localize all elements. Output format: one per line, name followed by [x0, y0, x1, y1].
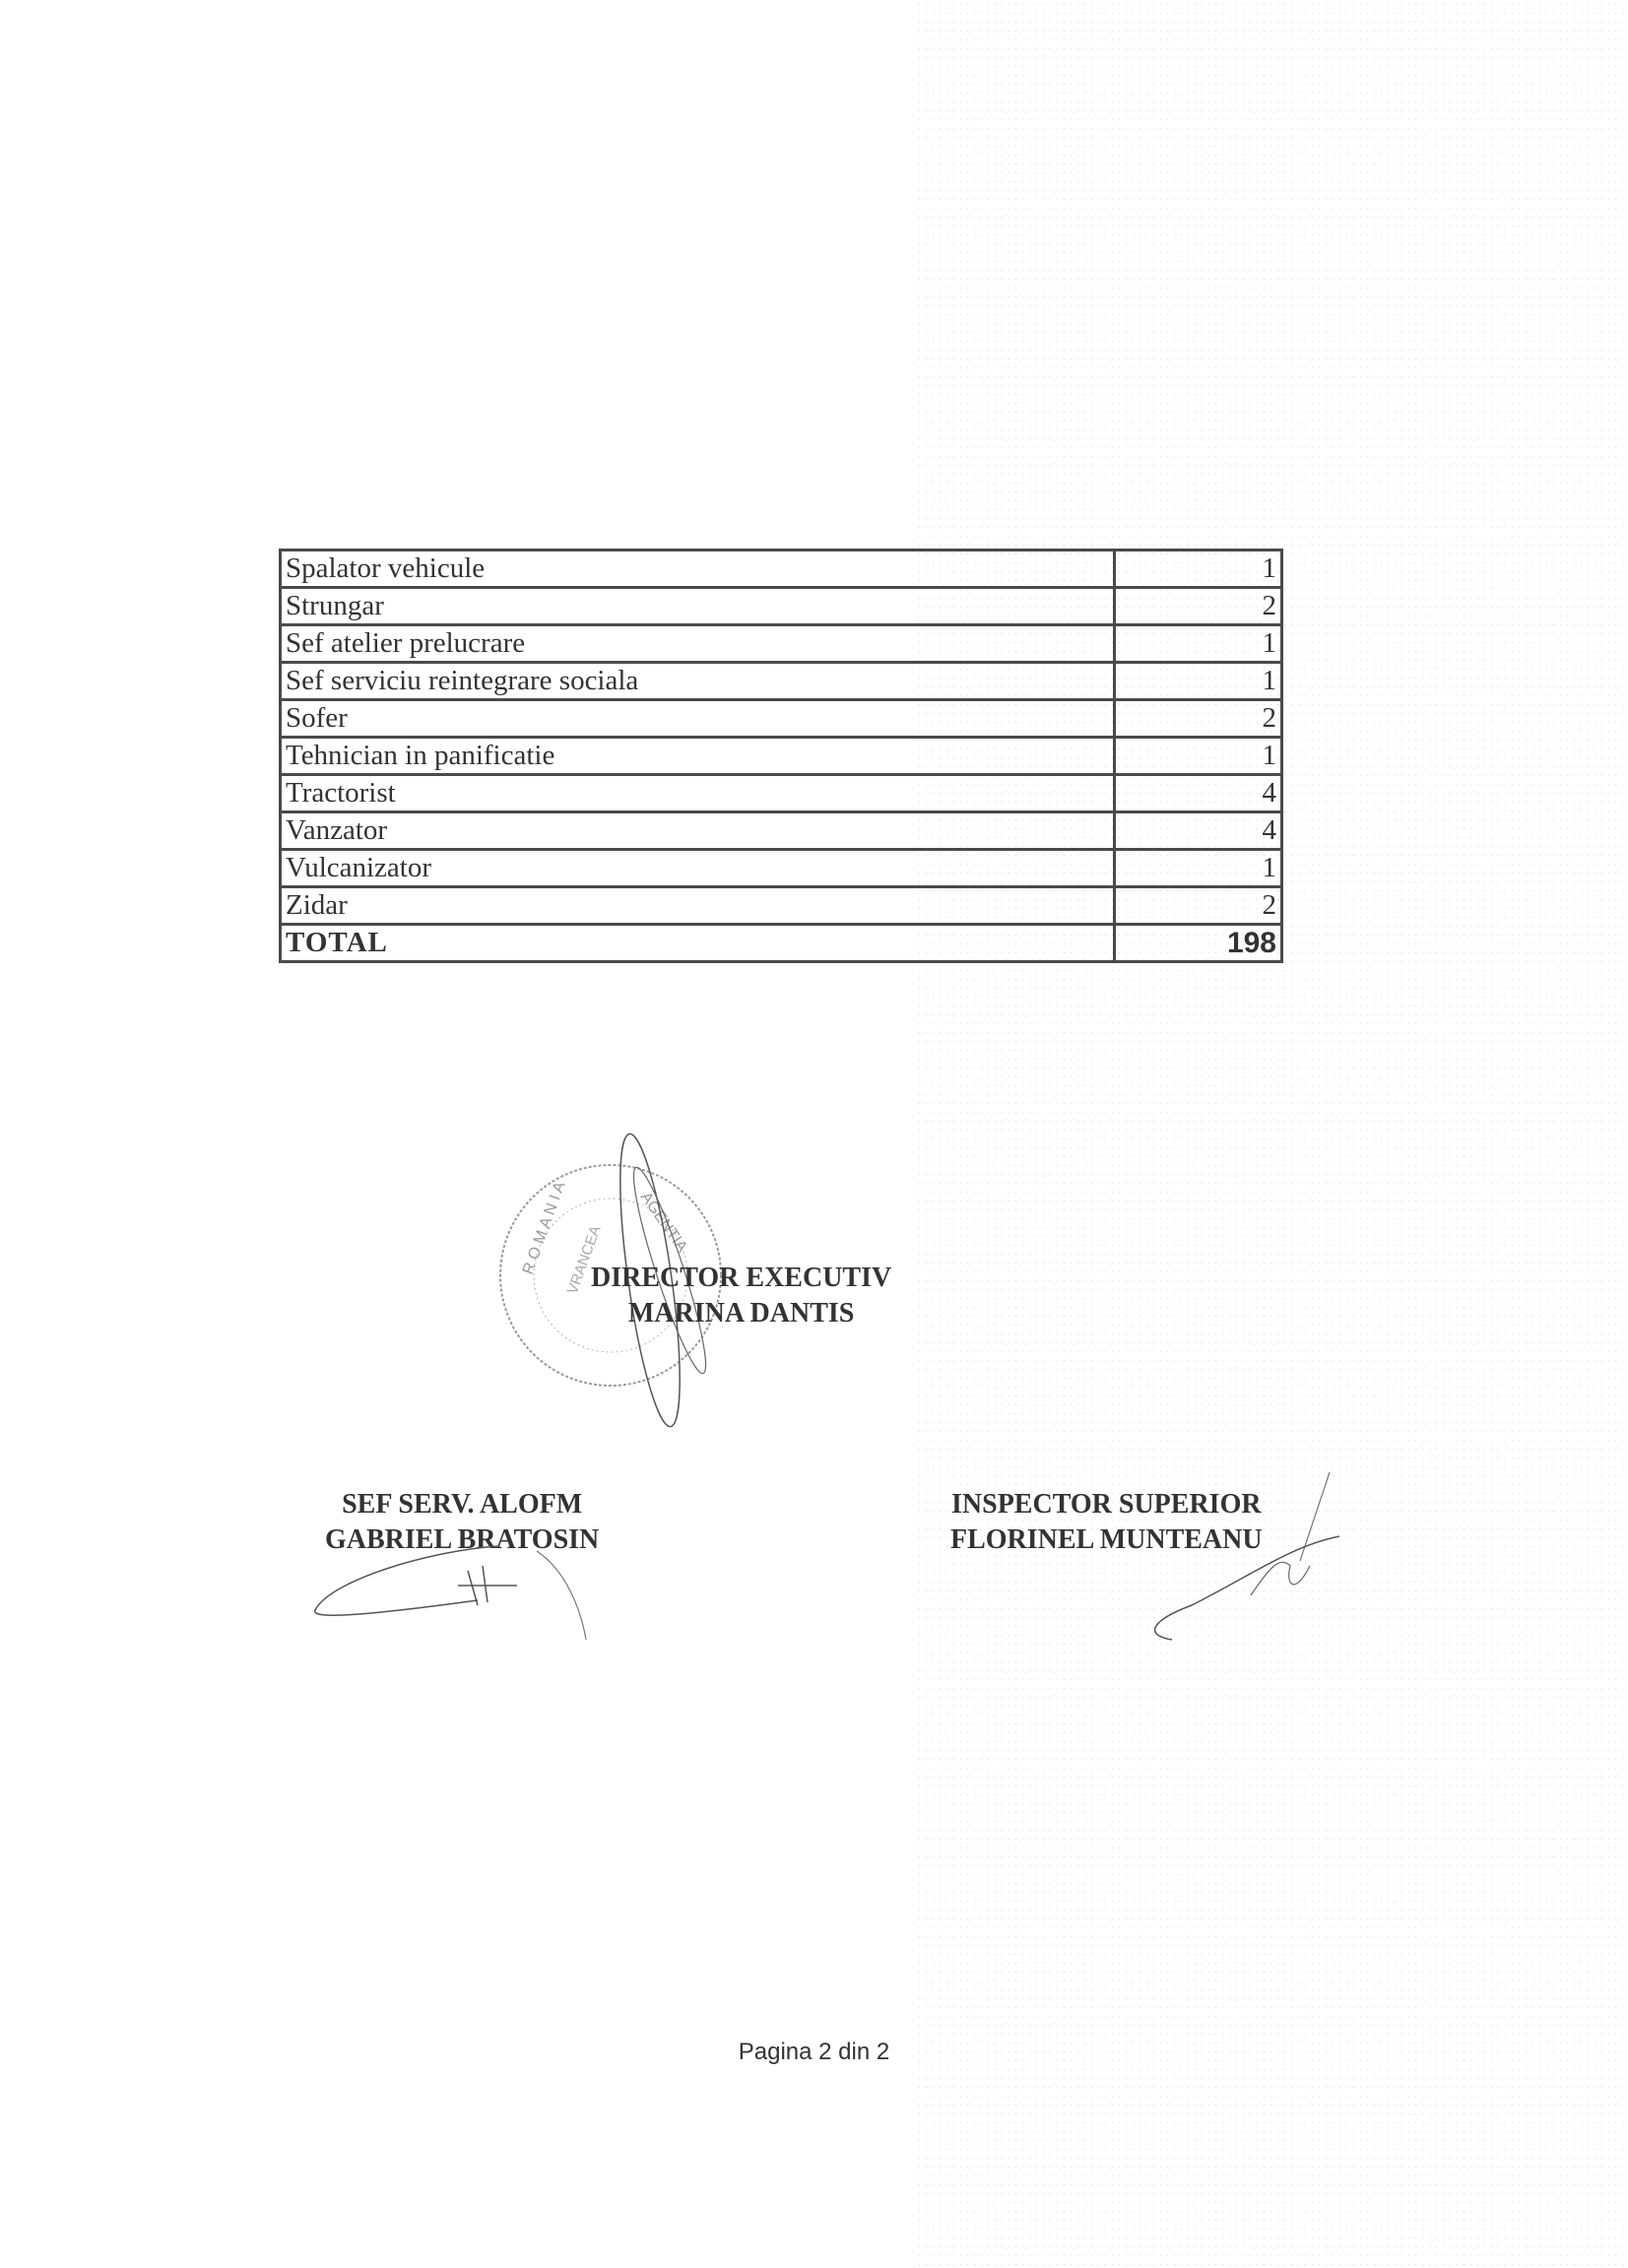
occupation-name: Sofer [281, 700, 1115, 738]
total-label: TOTAL [281, 925, 1115, 962]
sef-title: SEF SERV. ALOFM [325, 1487, 599, 1523]
table-row: Vanzator4 [281, 812, 1282, 850]
sef-signature-block: SEF SERV. ALOFM GABRIEL BRATOSIN [325, 1487, 599, 1558]
occupation-name: Strungar [281, 588, 1115, 625]
director-signature-block: DIRECTOR EXECUTIV MARINA DANTIS [591, 1261, 891, 1331]
occupations-table: Spalator vehicule1Strungar2Sef atelier p… [279, 549, 1283, 963]
occupation-name: Vulcanizator [281, 850, 1115, 887]
table-row: Tractorist4 [281, 775, 1282, 812]
occupation-name: Zidar [281, 887, 1115, 925]
table-row: Zidar2 [281, 887, 1282, 925]
occupation-name: Vanzator [281, 812, 1115, 850]
svg-text:AGENTIA: AGENTIA [637, 1190, 690, 1257]
table-row: Sef serviciu reintegrare sociala1 [281, 663, 1282, 700]
occupation-name: Tractorist [281, 775, 1115, 812]
occupation-count: 4 [1114, 775, 1281, 812]
director-title: DIRECTOR EXECUTIV [591, 1261, 891, 1296]
occupation-name: Sef atelier prelucrare [281, 625, 1115, 663]
table-row: Sef atelier prelucrare1 [281, 625, 1282, 663]
occupation-name: Sef serviciu reintegrare sociala [281, 663, 1115, 700]
occupation-count: 2 [1114, 588, 1281, 625]
total-row: TOTAL198 [281, 925, 1282, 962]
page-number: Pagina 2 din 2 [0, 2039, 1628, 2066]
table-row: Tehnician in panificatie1 [281, 738, 1282, 775]
sef-name: GABRIEL BRATOSIN [325, 1523, 599, 1558]
occupation-name: Spalator vehicule [281, 551, 1115, 588]
inspector-signature-block: INSPECTOR SUPERIOR FLORINEL MUNTEANU [950, 1487, 1263, 1558]
svg-text:R O M A N I A: R O M A N I A [520, 1180, 569, 1277]
occupation-count: 2 [1114, 887, 1281, 925]
occupation-name: Tehnician in panificatie [281, 738, 1115, 775]
occupation-count: 4 [1114, 812, 1281, 850]
occupation-count: 1 [1114, 663, 1281, 700]
table-row: Vulcanizator1 [281, 850, 1282, 887]
occupation-count: 1 [1114, 738, 1281, 775]
occupation-count: 1 [1114, 850, 1281, 887]
occupation-count: 1 [1114, 625, 1281, 663]
table-row: Strungar2 [281, 588, 1282, 625]
director-name: MARINA DANTIS [591, 1296, 891, 1331]
occupation-count: 2 [1114, 700, 1281, 738]
table-row: Spalator vehicule1 [281, 551, 1282, 588]
scan-noise [916, 0, 1628, 2268]
total-value: 198 [1114, 925, 1281, 962]
inspector-name: FLORINEL MUNTEANU [950, 1523, 1263, 1558]
table-row: Sofer2 [281, 700, 1282, 738]
inspector-title: INSPECTOR SUPERIOR [950, 1487, 1263, 1523]
occupation-count: 1 [1114, 551, 1281, 588]
